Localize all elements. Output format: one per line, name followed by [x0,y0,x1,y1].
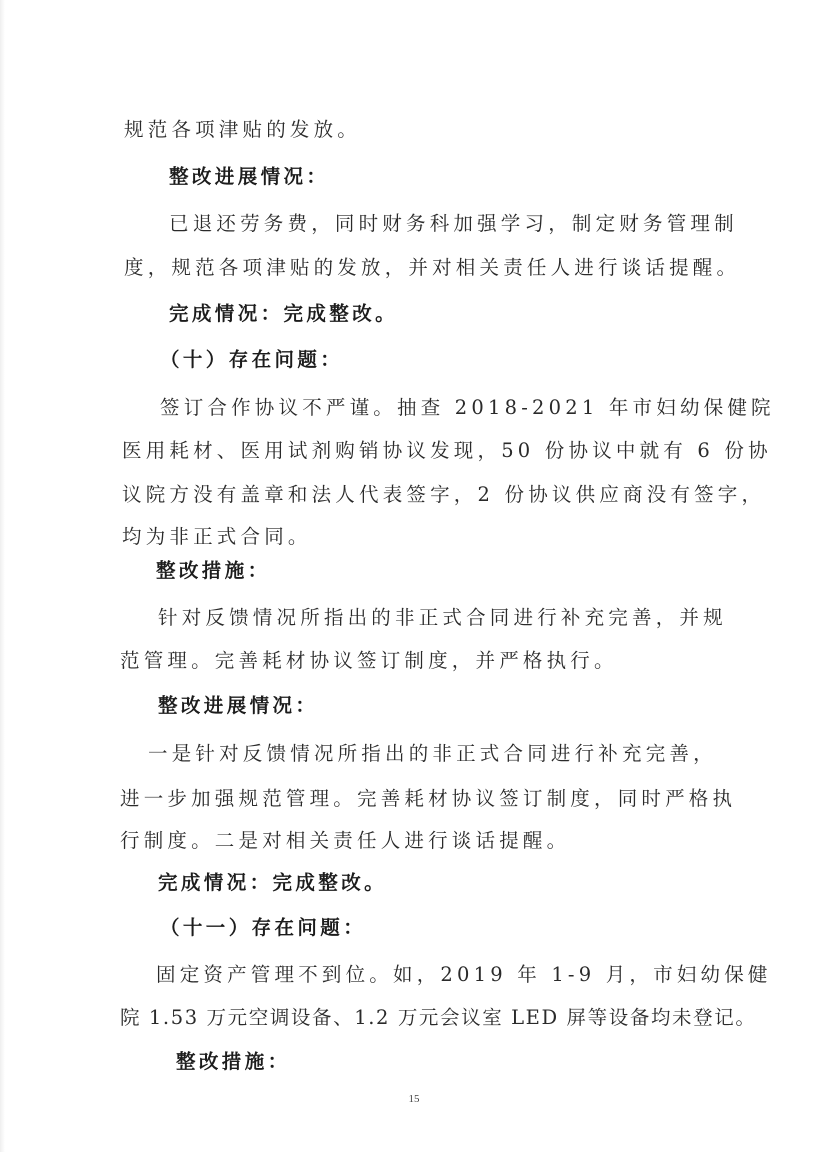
paragraph-line: 规范各项津贴的发放。 [124,117,361,143]
subheading-progress: 整改进展情况： [158,693,318,719]
paragraph-line: 行制度。二是对相关责任人进行谈话提醒。 [120,828,570,854]
section-heading-10: （十）存在问题： [160,347,343,373]
subheading-completion: 完成情况：完成整改。 [158,870,387,896]
paragraph-line: 范管理。完善耗材协议签订制度，并严格执行。 [120,648,618,674]
subheading-measures: 整改措施： [156,558,271,584]
paragraph-line: 均为非正式合同。 [122,524,312,550]
page-edge-shadow [0,0,5,1152]
paragraph-line: 医用耗材、医用试剂购销协议发现，50 份协议中就有 6 份协 [122,438,772,464]
page-number: 15 [0,1093,828,1105]
paragraph-line: 院 1.53 万元空调设备、1.2 万元会议室 LED 屏等设备均未登记。 [120,1005,756,1031]
section-heading-11: （十一）存在问题： [160,915,366,941]
paragraph-line: 针对反馈情况所指出的非正式合同进行补充完善，并规 [158,605,727,631]
paragraph-line: 固定资产管理不到位。如，2019 年 1-9 月，市妇幼保健 [156,962,772,988]
paragraph-line: 进一步加强规范管理。完善耗材协议签订制度，同时严格执 [120,786,736,812]
subheading-progress: 整改进展情况： [169,164,329,190]
subheading-completion: 完成情况：完成整改。 [169,301,398,327]
paragraph-line: 议院方没有盖章和法人代表签字，2 份协议供应商没有签字， [122,482,765,508]
paragraph-line: 签订合作协议不严谨。抽查 2018-2021 年市妇幼保健院 [160,395,775,421]
paragraph-line: 已退还劳务费，同时财务科加强学习，制定财务管理制 [169,211,738,237]
paragraph-line: 一是针对反馈情况所指出的非正式合同进行补充完善， [148,741,717,767]
subheading-measures: 整改措施： [176,1049,291,1075]
paragraph-line: 度，规范各项津贴的发放，并对相关责任人进行谈话提醒。 [124,255,740,281]
